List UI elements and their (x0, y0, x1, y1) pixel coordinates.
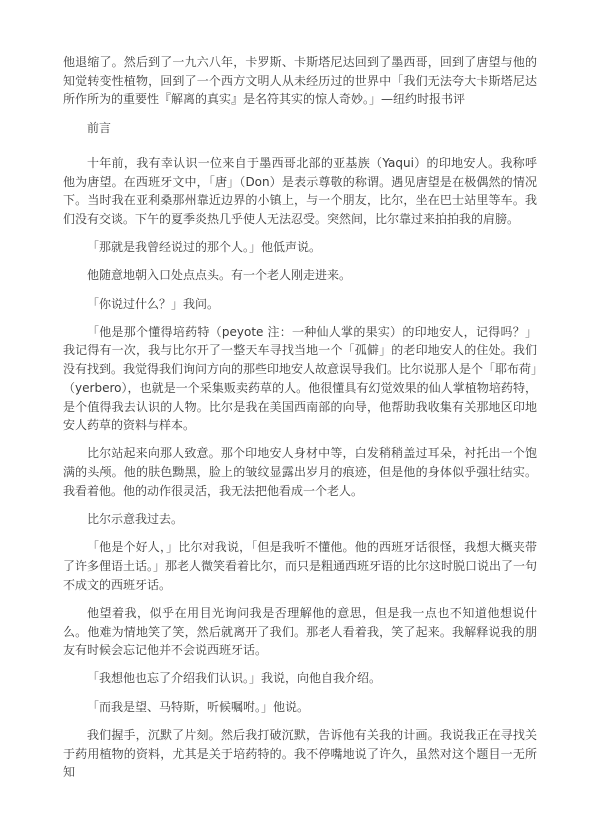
body-paragraph-10: 「我想他也忘了介绍我们认识。」我说，向他自我介绍。 (63, 669, 537, 688)
body-paragraph-1: 十年前，我有幸认识一位来自于墨西哥北部的亚基族（Yaqui）的印地安人。我称呼他… (63, 154, 537, 229)
preface-heading: 前言 (63, 119, 537, 138)
body-paragraph-4: 「你说过什么？」我问。 (63, 295, 537, 314)
document-page: 他退缩了。然后到了一九六八年，卡罗斯、卡斯塔尼达回到了墨西哥，回到了唐望与他的知… (0, 0, 597, 829)
body-paragraph-11: 「而我是望、马特斯，听候嘱咐。」他说。 (63, 698, 537, 717)
body-paragraph-9: 他望着我，似乎在用目光询问我是否理解他的意思，但是我一点也不知道他想说什么。他难… (63, 604, 537, 660)
body-paragraph-6: 比尔站起来向那人致意。那个印地安人身材中等，白发稍稍盖过耳朵，衬托出一个饱满的头… (63, 444, 537, 500)
continuation-paragraph: 他退缩了。然后到了一九六八年，卡罗斯、卡斯塔尼达回到了墨西哥，回到了唐望与他的知… (63, 53, 537, 109)
body-paragraph-12: 我们握手，沉默了片刻。然后我打破沉默，告诉他有关我的计画。我说我正在寻找关于药用… (63, 726, 537, 782)
body-paragraph-2: 「那就是我曾经说过的那个人。」他低声说。 (63, 238, 537, 257)
body-paragraph-7: 比尔示意我过去。 (63, 510, 537, 529)
body-paragraph-3: 他随意地朝入口处点点头。有一个老人刚走进来。 (63, 266, 537, 285)
body-paragraph-5: 「他是那个懂得培药特（peyote 注：一种仙人掌的果实）的印地安人，记得吗？」… (63, 323, 537, 435)
body-paragraph-8: 「他是个好人，」比尔对我说，「但是我听不懂他。他的西班牙话很怪，我想大概夹带了许… (63, 538, 537, 594)
